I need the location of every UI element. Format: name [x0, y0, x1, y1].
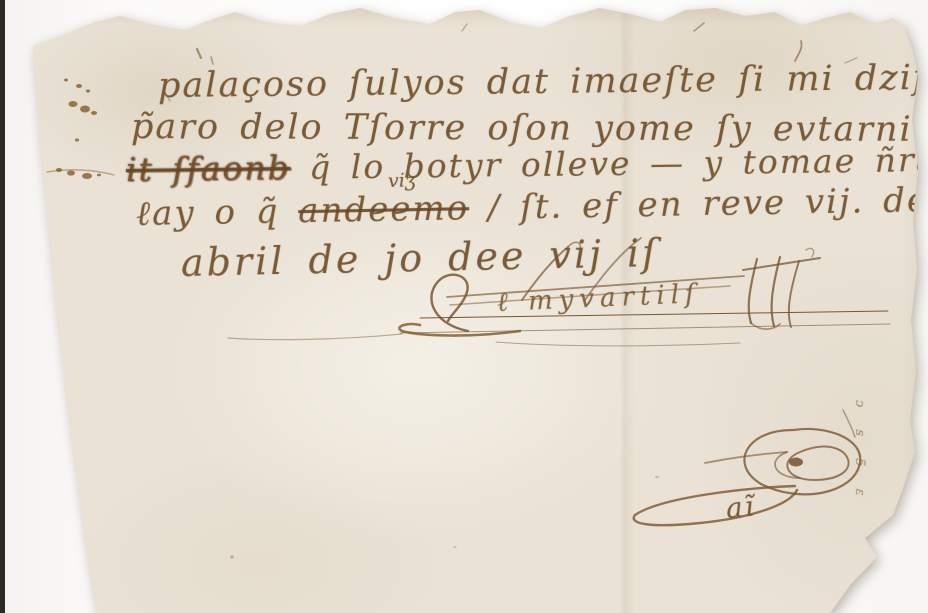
- line-4-lead: ℓay o q̃: [136, 191, 299, 234]
- line-4-tail: / ſt. ef en reve vij. de: [469, 180, 928, 228]
- interlinear-insertion: viʒ: [388, 169, 416, 192]
- handwriting-line-4: ℓay o q̃ andeemo / ſt. ef en reve vij. d…: [136, 180, 928, 234]
- struck-word: andeemo: [298, 188, 470, 231]
- handwriting-line-5-date: abril de jo dee vij iſ: [181, 231, 660, 285]
- rubricated-signature: ℓ myvartilſ: [496, 279, 701, 318]
- margin-smear: [47, 170, 114, 175]
- crease-lines: [400, 311, 890, 346]
- handwriting-line-1: palaçoso ſulyos dat imaeſte ſi mi dziſae: [158, 57, 928, 106]
- edge-archival-marks: ɔ s 5 ɛ: [852, 400, 867, 505]
- line-3-text: q̃ lo botyr olleve — y tomae ñra de: [290, 139, 928, 187]
- paper-shadow: palaçoso ſulyos dat imaeſte ſi mi dziſae…: [0, 0, 928, 613]
- margin-ink-blots: [56, 79, 101, 180]
- manuscript-photo: palaçoso ſulyos dat imaeſte ſi mi dziſae…: [0, 0, 928, 613]
- struck-word: it ſfaonb: [126, 148, 291, 189]
- paraph-letters: aĩ: [725, 489, 757, 524]
- paper-sheet: palaçoso ſulyos dat imaeſte ſi mi dziſae…: [0, 0, 928, 613]
